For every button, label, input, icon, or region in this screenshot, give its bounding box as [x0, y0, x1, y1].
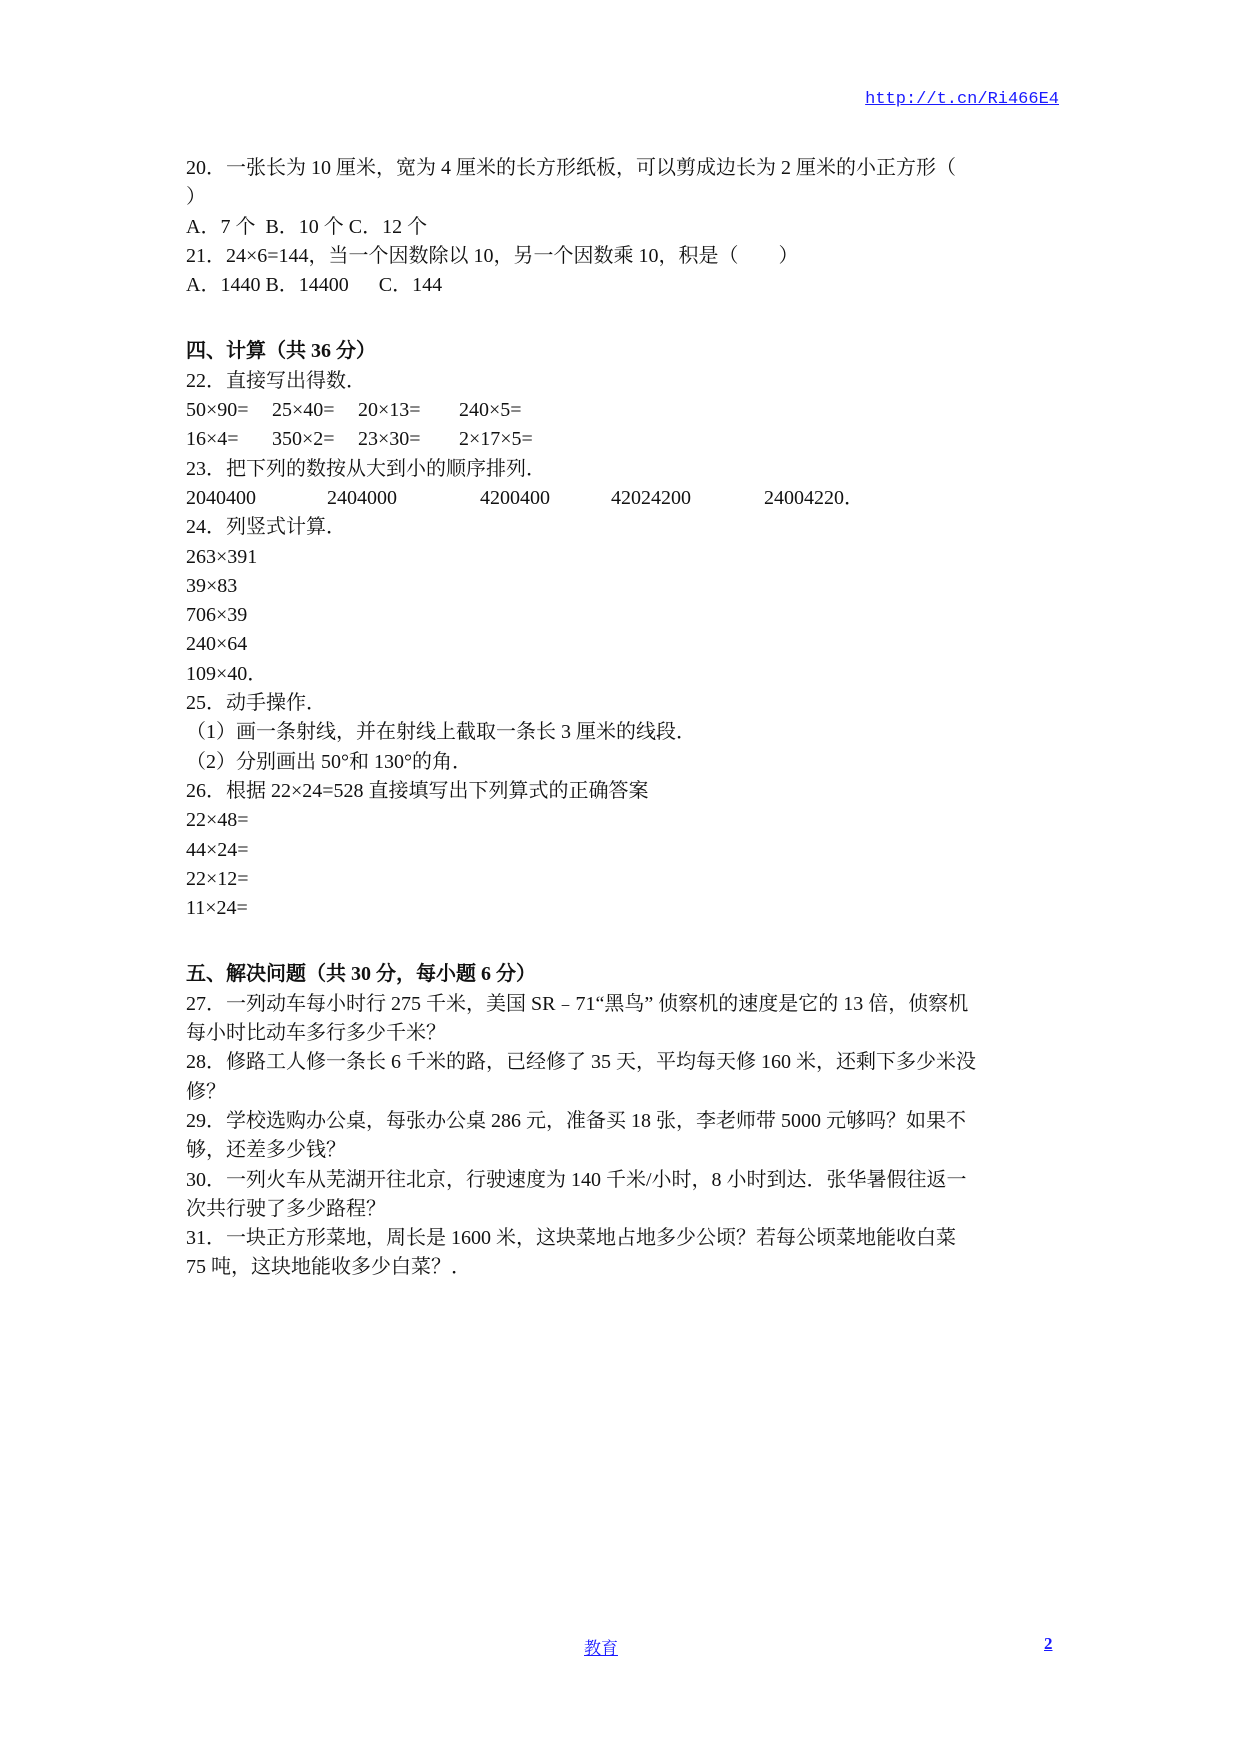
- q23-numbers: 2040400 2404000 4200400 42024200 2400422…: [186, 484, 1046, 513]
- q24-item: 263×391: [186, 543, 1046, 572]
- q24-item: 39×83: [186, 572, 1046, 601]
- q20-line1: 20．一张长为 10 厘米，宽为 4 厘米的长方形纸板，可以剪成边长为 2 厘米…: [186, 154, 1046, 183]
- q31-line2: 75 吨，这块地能收多少白菜？．: [186, 1253, 1046, 1282]
- number-item: 2040400: [186, 484, 327, 513]
- q25-prompt: 25．动手操作．: [186, 689, 1046, 718]
- q24-item: 706×39: [186, 601, 1046, 630]
- q29-line2: 够，还差多少钱？: [186, 1136, 1046, 1165]
- q30-line2: 次共行驶了多少路程？: [186, 1195, 1046, 1224]
- q31-line1: 31．一块正方形菜地，周长是 1600 米，这块菜地占地多少公顷？若每公顷菜地能…: [186, 1224, 1046, 1253]
- footer-education-link[interactable]: 教育: [584, 1634, 618, 1659]
- q25-item: （2）分别画出 50°和 130°的角．: [186, 748, 1046, 777]
- section4-title: 四、计算（共 36 分）: [186, 337, 1046, 366]
- calc-item: 2×17×5=: [459, 425, 533, 454]
- calc-item: 16×4=: [186, 425, 272, 454]
- q26-prompt: 26．根据 22×24=528 直接填写出下列算式的正确答案: [186, 777, 1046, 806]
- section5-title: 五、解决问题（共 30 分，每小题 6 分）: [186, 960, 1046, 989]
- q26-item: 22×48=: [186, 806, 1046, 835]
- q21-options: A．1440 B．14400 C．144: [186, 271, 1046, 300]
- q22-prompt: 22．直接写出得数．: [186, 367, 1046, 396]
- q21-line1: 21．24×6=144，当一个因数除以 10，另一个因数乘 10，积是（ ）: [186, 242, 1046, 271]
- q30-line1: 30．一列火车从芜湖开往北京，行驶速度为 140 千米/小时，8 小时到达．张华…: [186, 1166, 1046, 1195]
- q20-options: A．7 个 B．10 个 C．12 个: [186, 213, 1046, 242]
- calc-item: 23×30=: [358, 425, 459, 454]
- calc-item: 50×90=: [186, 396, 272, 425]
- q20-line2: ）: [186, 183, 1046, 212]
- q29-line1: 29．学校选购办公桌，每张办公桌 286 元，准备买 18 张，李老师带 500…: [186, 1107, 1046, 1136]
- q24-item: 109×40．: [186, 660, 1046, 689]
- q22-row-2: 16×4= 350×2= 23×30= 2×17×5=: [186, 425, 1046, 454]
- q26-item: 22×12=: [186, 865, 1046, 894]
- spacer: [186, 300, 1046, 337]
- number-item: 24004220．: [764, 484, 864, 513]
- q28-line2: 修？: [186, 1078, 1046, 1107]
- q27-line1: 27．一列动车每小时行 275 千米，美国 SR﹣71“黑鸟” 侦察机的速度是它…: [186, 990, 1046, 1019]
- q26-item: 11×24=: [186, 894, 1046, 923]
- calc-item: 25×40=: [272, 396, 358, 425]
- q26-item: 44×24=: [186, 836, 1046, 865]
- calc-item: 350×2=: [272, 425, 358, 454]
- calc-item: 20×13=: [358, 396, 459, 425]
- q28-line1: 28．修路工人修一条长 6 千米的路，已经修了 35 天，平均每天修 160 米…: [186, 1048, 1046, 1077]
- calc-item: 240×5=: [459, 396, 522, 425]
- document-body: 20．一张长为 10 厘米，宽为 4 厘米的长方形纸板，可以剪成边长为 2 厘米…: [186, 154, 1046, 1283]
- q22-row-1: 50×90= 25×40= 20×13= 240×5=: [186, 396, 1046, 425]
- q27-line2: 每小时比动车多行多少千米？: [186, 1019, 1046, 1048]
- q25-item: （1）画一条射线，并在射线上截取一条长 3 厘米的线段．: [186, 718, 1046, 747]
- spacer: [186, 923, 1046, 960]
- number-item: 42024200: [611, 484, 764, 513]
- page-number-link[interactable]: 2: [1044, 1634, 1053, 1654]
- q24-prompt: 24．列竖式计算．: [186, 513, 1046, 542]
- number-item: 4200400: [480, 484, 611, 513]
- q24-item: 240×64: [186, 630, 1046, 659]
- q23-prompt: 23．把下列的数按从大到小的顺序排列．: [186, 455, 1046, 484]
- header-url-link[interactable]: http://t.cn/Ri466E4: [865, 89, 1059, 111]
- number-item: 2404000: [327, 484, 480, 513]
